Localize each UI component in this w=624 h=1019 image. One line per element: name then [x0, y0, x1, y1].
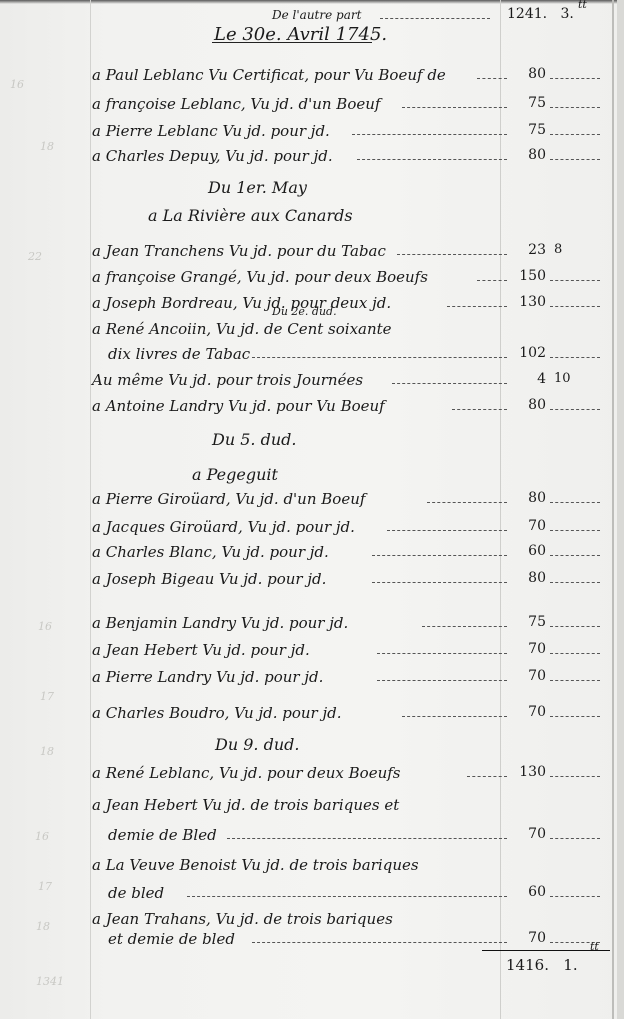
- entry-text: a René Leblanc, Vu jd. pour deux Boeufs: [92, 764, 401, 782]
- ledger-entry: a René Ancoiin, Vu jd. de Cent soixante: [92, 316, 607, 342]
- total-sols: 1: [563, 956, 573, 974]
- entry-livres: 102: [512, 345, 546, 361]
- ledger-entry: a Pierre Landry Vu jd. pour jd. 70: [92, 664, 607, 690]
- ledger-entry: a Joseph Bigeau Vu jd. pour jd. 80: [92, 566, 607, 592]
- entry-text: a Charles Boudro, Vu jd. pour jd.: [92, 704, 342, 722]
- leader-dots: [550, 357, 600, 358]
- margin-bleed-mark: 17: [40, 690, 54, 703]
- leader-dots: [372, 582, 507, 583]
- entry-livres: 60: [512, 884, 546, 900]
- section-date-heading: Du 1er. May: [208, 178, 307, 197]
- entry-sols: 10: [554, 371, 571, 386]
- ledger-entry: a Jean Tranchens Vu jd. pour du Tabac 23…: [92, 238, 607, 264]
- leader-dots: [477, 78, 507, 79]
- entry-livres: 70: [512, 930, 546, 946]
- entry-livres: 70: [512, 641, 546, 657]
- entry-livres: 80: [512, 397, 546, 413]
- entry-text: demie de Bled: [108, 826, 217, 844]
- leader-dots: [187, 896, 507, 897]
- ledger-page: 16 18 22 16 17 18 16 17 18 1341 De l'aut…: [0, 0, 624, 1019]
- ledger-entry-continuation: demie de Bled 70: [92, 822, 607, 848]
- ledger-entry: a Paul Leblanc Vu Certificat, pour Vu Bo…: [92, 62, 607, 88]
- leader-dots: [550, 716, 600, 717]
- entry-livres: 70: [512, 704, 546, 720]
- leader-dots: [550, 409, 600, 410]
- entry-livres: 75: [512, 122, 546, 138]
- livres-unit-mark: tt: [590, 940, 599, 953]
- entry-livres: 60: [512, 543, 546, 559]
- ledger-entry: a Jacques Giroüard, Vu jd. pour jd. 70: [92, 514, 607, 540]
- entry-livres: 130: [512, 764, 546, 780]
- ledger-entry: a Charles Blanc, Vu jd. pour jd. 60: [92, 539, 607, 565]
- entry-livres: 70: [512, 668, 546, 684]
- leader-dots: [447, 306, 507, 307]
- leader-dots: [402, 716, 507, 717]
- left-margin-rule: [90, 0, 91, 1019]
- leader-dots: [550, 159, 600, 160]
- entry-livres: 70: [512, 518, 546, 534]
- entry-text: a Antoine Landry Vu jd. pour Vu Boeuf: [92, 397, 385, 415]
- entry-text: a Joseph Bordreau, Vu jd. pour deux jd.: [92, 294, 391, 312]
- section-location-heading: a Pegeguit: [192, 465, 278, 484]
- livres-unit-mark: tt: [578, 0, 587, 11]
- carried-forward-amount: 1241. 3.: [507, 6, 574, 22]
- leader-dots: [452, 409, 507, 410]
- entry-livres: 130: [512, 294, 546, 310]
- entry-text: a Pierre Giroüard, Vu jd. d'un Boeuf: [92, 490, 365, 508]
- entry-livres: 23: [512, 242, 546, 258]
- leader-dots: [357, 159, 507, 160]
- leader-dots: [397, 254, 507, 255]
- ledger-entry: a La Veuve Benoist Vu jd. de trois bariq…: [92, 852, 607, 878]
- entry-sols: 8: [554, 242, 562, 257]
- entry-text: a Paul Leblanc Vu Certificat, pour Vu Bo…: [92, 66, 446, 84]
- ledger-entry: a Joseph Bordreau, Vu jd. pour deux jd. …: [92, 290, 607, 316]
- leader-dots: [550, 134, 600, 135]
- leader-dots: [377, 680, 507, 681]
- entry-text: a françoise Grangé, Vu jd. pour deux Boe…: [92, 268, 428, 286]
- entry-text: a Jacques Giroüard, Vu jd. pour jd.: [92, 518, 355, 536]
- leader-dots: [387, 530, 507, 531]
- ledger-entry: a Charles Depuy, Vu jd. pour jd. 80: [92, 143, 607, 169]
- carried-forward-label: De l'autre part: [272, 8, 361, 22]
- margin-bleed-mark: 16: [35, 830, 49, 843]
- entry-text: a Jean Hebert Vu jd. pour jd.: [92, 641, 310, 659]
- leader-dots: [550, 78, 600, 79]
- entry-text: a françoise Leblanc, Vu jd. d'un Boeuf: [92, 95, 380, 113]
- margin-bleed-mark: 1341: [36, 975, 64, 988]
- ledger-entry: a Charles Boudro, Vu jd. pour jd. 70: [92, 700, 607, 726]
- leader-dots: [550, 107, 600, 108]
- leader-dots: [252, 357, 507, 358]
- leader-dots: [467, 776, 507, 777]
- entry-text: a René Ancoiin, Vu jd. de Cent soixante: [92, 320, 392, 338]
- leader-dots: [550, 838, 600, 839]
- margin-bleed-mark: 16: [38, 620, 52, 633]
- page-edge: [617, 0, 624, 1019]
- entry-text: a Jean Tranchens Vu jd. pour du Tabac: [92, 242, 386, 260]
- ledger-entry: a françoise Grangé, Vu jd. pour deux Boe…: [92, 264, 607, 290]
- entry-text: a Charles Depuy, Vu jd. pour jd.: [92, 147, 333, 165]
- entry-text: a Pierre Landry Vu jd. pour jd.: [92, 668, 323, 686]
- entry-text: a La Veuve Benoist Vu jd. de trois bariq…: [92, 856, 419, 874]
- leader-dots: [427, 502, 507, 503]
- leader-dots: [392, 383, 507, 384]
- total-livres: 1416: [506, 956, 544, 974]
- entry-livres: 150: [512, 268, 546, 284]
- margin-bleed-mark: 22: [28, 250, 42, 263]
- entry-livres: 70: [512, 826, 546, 842]
- leader-dots: [550, 555, 600, 556]
- leader-dots: [352, 134, 507, 135]
- ledger-entry: a Jean Hebert Vu jd. pour jd. 70: [92, 637, 607, 663]
- entry-livres: 80: [512, 147, 546, 163]
- section-date-heading: Du 5. dud.: [212, 430, 296, 449]
- entry-text: de bled: [108, 884, 164, 902]
- leader-dots: [550, 626, 600, 627]
- right-margin-rule: [612, 0, 614, 1019]
- entry-text: a Charles Blanc, Vu jd. pour jd.: [92, 543, 329, 561]
- leader-dots: [372, 555, 507, 556]
- leader-dots: [422, 626, 507, 627]
- leader-dots: [550, 582, 600, 583]
- leader-dots: [377, 653, 507, 654]
- date-underline: [212, 42, 372, 43]
- leader-dots: [550, 530, 600, 531]
- entry-text: dix livres de Tabac: [108, 345, 250, 363]
- entry-livres: 4: [512, 371, 546, 387]
- ledger-entry: a Pierre Giroüard, Vu jd. d'un Boeuf 80: [92, 486, 607, 512]
- entry-livres: 80: [512, 66, 546, 82]
- ledger-entry-continuation: dix livres de Tabac 102: [92, 341, 607, 367]
- leader-dots: [227, 838, 507, 839]
- leader-dots: [252, 942, 507, 943]
- section-date-heading: Du 9. dud.: [215, 735, 299, 754]
- leader-dots: [550, 776, 600, 777]
- entry-livres: 75: [512, 614, 546, 630]
- entry-livres: 80: [512, 570, 546, 586]
- entry-text: a Jean Hebert Vu jd. de trois bariques e…: [92, 796, 399, 814]
- section-location-heading: a La Rivière aux Canards: [148, 206, 353, 225]
- entry-text: Au même Vu jd. pour trois Journées: [92, 371, 363, 389]
- margin-bleed-mark: 18: [40, 745, 54, 758]
- margin-bleed-mark: 18: [40, 140, 54, 153]
- ledger-entry: Au même Vu jd. pour trois Journées 4 10: [92, 367, 607, 393]
- ledger-entry: a Antoine Landry Vu jd. pour Vu Boeuf 80: [92, 393, 607, 419]
- page-total: 1416. 1.: [506, 956, 578, 974]
- entry-text: a Pierre Leblanc Vu jd. pour jd.: [92, 122, 330, 140]
- carried-sols: 3: [560, 6, 569, 22]
- leader-dots: [550, 896, 600, 897]
- ledger-entry: a René Leblanc, Vu jd. pour deux Boeufs …: [92, 760, 607, 786]
- leader-dots: [550, 306, 600, 307]
- entry-text: et demie de bled: [108, 930, 235, 948]
- margin-bleed-mark: 18: [36, 920, 50, 933]
- ledger-entry-continuation: et demie de bled 70: [92, 926, 607, 952]
- leader-dots: [550, 680, 600, 681]
- ledger-entry: a Jean Hebert Vu jd. de trois bariques e…: [92, 792, 607, 818]
- margin-bleed-mark: 17: [38, 880, 52, 893]
- ledger-entry: a Benjamin Landry Vu jd. pour jd. 75: [92, 610, 607, 636]
- leader-dots: [550, 653, 600, 654]
- leader-dots: [550, 502, 600, 503]
- leader-dots: [402, 107, 507, 108]
- scan-top-shadow: [0, 0, 624, 4]
- entry-livres: 80: [512, 490, 546, 506]
- entry-livres: 75: [512, 95, 546, 111]
- carried-livres: 1241: [507, 6, 543, 22]
- leader-dots: [477, 280, 507, 281]
- entry-text: a Joseph Bigeau Vu jd. pour jd.: [92, 570, 326, 588]
- margin-bleed-mark: 16: [10, 78, 24, 91]
- leader-dots: [380, 18, 490, 19]
- leader-dots: [550, 280, 600, 281]
- ledger-entry: a françoise Leblanc, Vu jd. d'un Boeuf 7…: [92, 91, 607, 117]
- ledger-entry-continuation: de bled 60: [92, 880, 607, 906]
- ledger-entry: a Pierre Leblanc Vu jd. pour jd. 75: [92, 118, 607, 144]
- entry-text: a Benjamin Landry Vu jd. pour jd.: [92, 614, 348, 632]
